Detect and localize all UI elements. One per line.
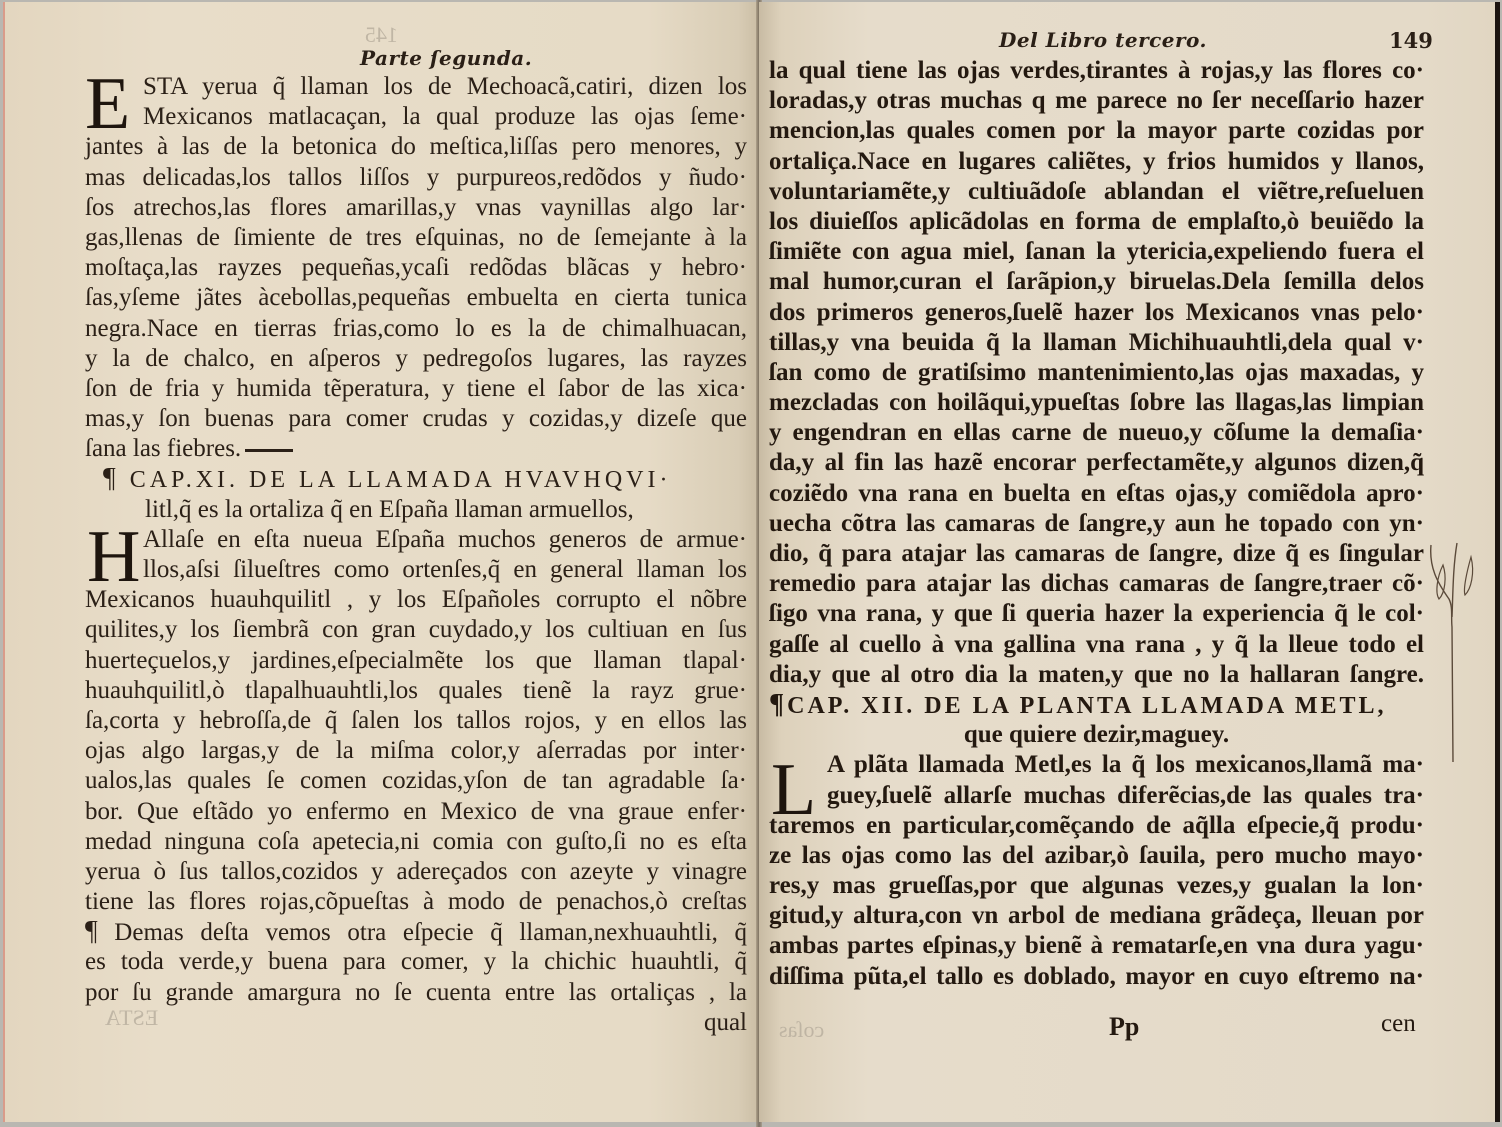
text-line: ſan como de gratiſsimo mantenimiento,las… xyxy=(769,358,1424,388)
text-line: yerua ò ſus tallos,cozidos y adereçados … xyxy=(85,857,747,887)
text-line: gas,llenas de ſimiente de tres eſquinas,… xyxy=(85,223,747,253)
text-line: loradas,y otras muchas q me parece no ſe… xyxy=(769,86,1424,116)
text-line: STA yerua q̃ llaman los de Mechoacã,cati… xyxy=(85,72,747,102)
text-line: ſimiẽte con agua miel, ſanan la ytericia… xyxy=(769,237,1424,267)
left-text-block: STA yerua q̃ llaman los de Mechoacã,cati… xyxy=(85,72,747,1038)
right-page: Del Libro tercero. 149 la qual tiene las… xyxy=(759,2,1500,1122)
text-line: Mexicanos huauhquilitl , y los Eſpañoles… xyxy=(85,585,747,615)
text-line: taremos en particular,comẽçando de aq̃ll… xyxy=(769,811,1424,841)
text-line: uecha cõtra las camaras de ſangre,y aun … xyxy=(769,509,1424,539)
text-line: ſana las fiebres. xyxy=(85,434,747,464)
line-filler-ornament xyxy=(245,449,293,452)
text-line: mencion,las quales comen por la mayor pa… xyxy=(769,116,1424,146)
signature-mark: Pp xyxy=(1109,1012,1139,1042)
chapter-11-subheading: litl,q̃ es la ortaliza q̃ en Eſpaña llam… xyxy=(85,495,747,525)
text-line: gitud,y altura,con vn arbol de mediana g… xyxy=(769,901,1424,931)
text-line: gaſſe al cuello à vna gallina vna rana ,… xyxy=(769,630,1424,660)
text-line: dos primeros generos,ſuelẽ hazer los Mex… xyxy=(769,298,1424,328)
running-head-left: Parte ſegunda. xyxy=(360,46,532,70)
text-line: es toda verde,y buena para comer, y la c… xyxy=(85,947,747,977)
pilcrow-icon: ¶ xyxy=(103,463,120,494)
pilcrow-icon: ¶ xyxy=(85,916,98,947)
text-line: ambas partes eſpinas,y bienẽ à rematarſe… xyxy=(769,931,1424,961)
text-line: moſtaça,las rayzes pequeñas,ycaſi redõda… xyxy=(85,253,747,283)
text-line: diſſima pũta,el tallo es doblado, mayor … xyxy=(769,962,1424,992)
text-line: ſas,yſeme jãtes àcebollas,pequeñas embue… xyxy=(85,283,747,313)
left-page: 145 Parte ſegunda. E STA yerua q̃ llaman… xyxy=(3,2,761,1122)
text-line: mezcladas con hoilãqui,ypueſtas ſobre la… xyxy=(769,388,1424,418)
bleed-through-text: coſas xyxy=(779,1017,824,1043)
text-line: ¶ Demas deſta vemos otra eſpecie q̃ llam… xyxy=(85,917,747,947)
text-line: negra.Nace en tierras frias,como lo es l… xyxy=(85,314,747,344)
text-line: ſigo vna rana, y que ſi queria hazer la … xyxy=(769,599,1424,629)
text-line: ojas algo largas,y de la miſma color,y a… xyxy=(85,736,747,766)
text-line: huerteçuelos,y jardines,eſpecialmẽte los… xyxy=(85,646,747,676)
drop-cap-l: L xyxy=(771,760,816,820)
text-line: ze las ojas como las del azibar,ò ſauila… xyxy=(769,841,1424,871)
text-line: mas,y ſon buenas para comer crudas y coz… xyxy=(85,404,747,434)
text-line: ſos atrechos,las flores amarillas,y vnas… xyxy=(85,193,747,223)
text-line: mal humor,curan el ſarãpion,y biruelas.D… xyxy=(769,267,1424,297)
text-line: y engendran en ellas carne de nueuo,y cõ… xyxy=(769,418,1424,448)
text-line: res,y mas grueſſas,por que algunas vezes… xyxy=(769,871,1424,901)
text-line: dio, q̃ para atajar las camaras de ſangr… xyxy=(769,539,1424,569)
text-line: ſon de fria y humida tẽperatura, y tiene… xyxy=(85,374,747,404)
right-text-block: la qual tiene las ojas verdes,tirantes à… xyxy=(769,56,1424,992)
text-line: da,y al fin las hazẽ encorar perfectamẽt… xyxy=(769,448,1424,478)
text-line: ſa,corta y hebroſſa,de q̃ ſalen los tall… xyxy=(85,706,747,736)
page-number: 149 xyxy=(1389,28,1433,53)
chapter-12-heading: ¶CAP. XII. DE LA PLANTA LLAMADA METL, xyxy=(769,690,1424,720)
text-line: mas delicadas,los tallos liſſos y purpur… xyxy=(85,163,747,193)
text-line: coziẽdo vna rana en buelta en eſtas ojas… xyxy=(769,479,1424,509)
text-line: huauhquilitl,ò tlapalhuauhtli,los quales… xyxy=(85,676,747,706)
text-line: ortaliça.Nace en lugares caliẽtes, y fri… xyxy=(769,147,1424,177)
text-line: los diuieſſos aplicãdolas en forma de em… xyxy=(769,207,1424,237)
catchword-right: cen xyxy=(1381,1010,1416,1038)
text-line: llos,aſsi ſilueſtres como ortenſes,q̃ en… xyxy=(85,555,747,585)
margin-plant-sketch-icon xyxy=(1423,537,1483,767)
text-line: tiene las flores rojas,cõpueſtas à modo … xyxy=(85,887,747,917)
text-line: la qual tiene las ojas verdes,tirantes à… xyxy=(769,56,1424,86)
chapter-11-heading: ¶ CAP.XI. DE LA LLAMADA HVAVHQVI· xyxy=(85,464,747,494)
text-line: por ſu grande amargura no ſe cuenta entr… xyxy=(85,978,747,1008)
running-head-right: Del Libro tercero. xyxy=(999,28,1207,52)
chapter-12-subheading: que quiere dezir,maguey. xyxy=(769,720,1424,750)
text-line: tillas,y vna beuida q̃ la llaman Michihu… xyxy=(769,328,1424,358)
text-line: A plãta llamada Metl,es la q̃ los mexica… xyxy=(769,750,1424,780)
text-line: dia,y que al otro dia la maten,y que no … xyxy=(769,660,1424,690)
text-line: ualos,las quales ſe comen cozidas,yſon d… xyxy=(85,766,747,796)
pilcrow-icon: ¶ xyxy=(769,689,787,720)
text-line: y la de chalco, en aſperos y pedregoſos … xyxy=(85,344,747,374)
text-line: bor. Que eſtãdo yo enfermo en Mexico de … xyxy=(85,797,747,827)
drop-cap-h: H xyxy=(87,527,140,587)
text-line: Mexicanos matlacaçan, la qual produze la… xyxy=(85,102,747,132)
book-spread: 145 Parte ſegunda. E STA yerua q̃ llaman… xyxy=(0,0,1502,1127)
text-line: medad ninguna coſa apetecia,ni comia con… xyxy=(85,827,747,857)
text-line: voluntariamẽte,y cultiuãdoſe ablandan el… xyxy=(769,177,1424,207)
text-line: guey,ſuelẽ allarſe muchas diferẽcias,de … xyxy=(769,781,1424,811)
text-line: jantes à las de la betonica do meſtica,l… xyxy=(85,132,747,162)
bleed-through-folio: 145 xyxy=(365,22,398,48)
text-line: remedio para atajar las dichas camaras d… xyxy=(769,569,1424,599)
catchword-left: qual xyxy=(85,1008,747,1038)
text-line: Allaſe en eſta nueua Eſpaña muchos gener… xyxy=(85,525,747,555)
bleed-through-text: ESTA xyxy=(105,1005,158,1031)
text-line: quilites,y los ſiembrã con gran cuydado,… xyxy=(85,615,747,645)
